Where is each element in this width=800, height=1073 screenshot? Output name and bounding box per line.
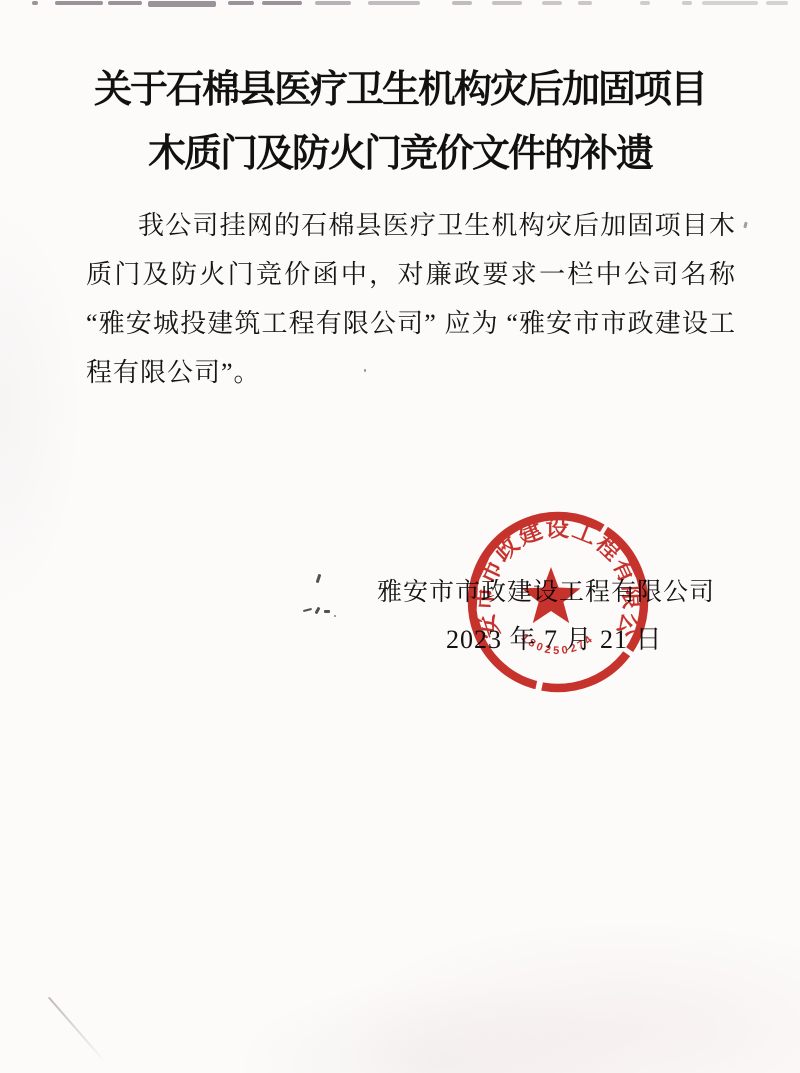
scan-artifact (228, 1, 254, 5)
body-paragraph: 我公司挂网的石棉县医疗卫生机构灾后加固项目木质门及防火门竞价函中，对廉政要求一栏… (86, 201, 736, 397)
scan-artifact (262, 1, 302, 5)
document-title-line2: 木质门及防火门竞价文件的补遗 (0, 122, 800, 177)
official-seal: 雅安市市政建设工程有限公司 5118025027427 (457, 501, 659, 703)
stray-ink-mark (315, 607, 321, 615)
five-pointed-star-icon (522, 567, 581, 623)
stray-ink-mark (334, 615, 336, 617)
seal-company-name-arc: 雅安市市政建设工程有限公司 (470, 515, 645, 642)
scan-artifact (315, 1, 351, 5)
scan-artifact (492, 1, 522, 5)
scan-artifact (368, 1, 420, 5)
stray-ink-mark (316, 574, 322, 583)
scan-artifact (640, 1, 650, 5)
scanned-document-page: 关于石棉县医疗卫生机构灾后加固项目 木质门及防火门竞价文件的补遗 我公司挂网的石… (0, 0, 800, 1073)
document-title-line1: 关于石棉县医疗卫生机构灾后加固项目 (0, 58, 800, 113)
stray-ink-mark (303, 608, 312, 612)
scan-artifact (148, 1, 216, 7)
scan-artifact (578, 1, 592, 5)
scan-artifact (108, 1, 142, 5)
scan-artifact (452, 1, 472, 5)
scan-artifact (702, 1, 758, 5)
stray-ink-mark (364, 369, 366, 372)
paper-crease (48, 997, 106, 1063)
stray-ink-mark (324, 610, 330, 613)
scan-artifact (32, 1, 38, 5)
scan-artifact (55, 1, 103, 5)
scan-artifact (542, 1, 562, 5)
stray-ink-mark (743, 222, 747, 229)
scan-artifact (766, 1, 788, 5)
scan-artifact (682, 1, 692, 5)
